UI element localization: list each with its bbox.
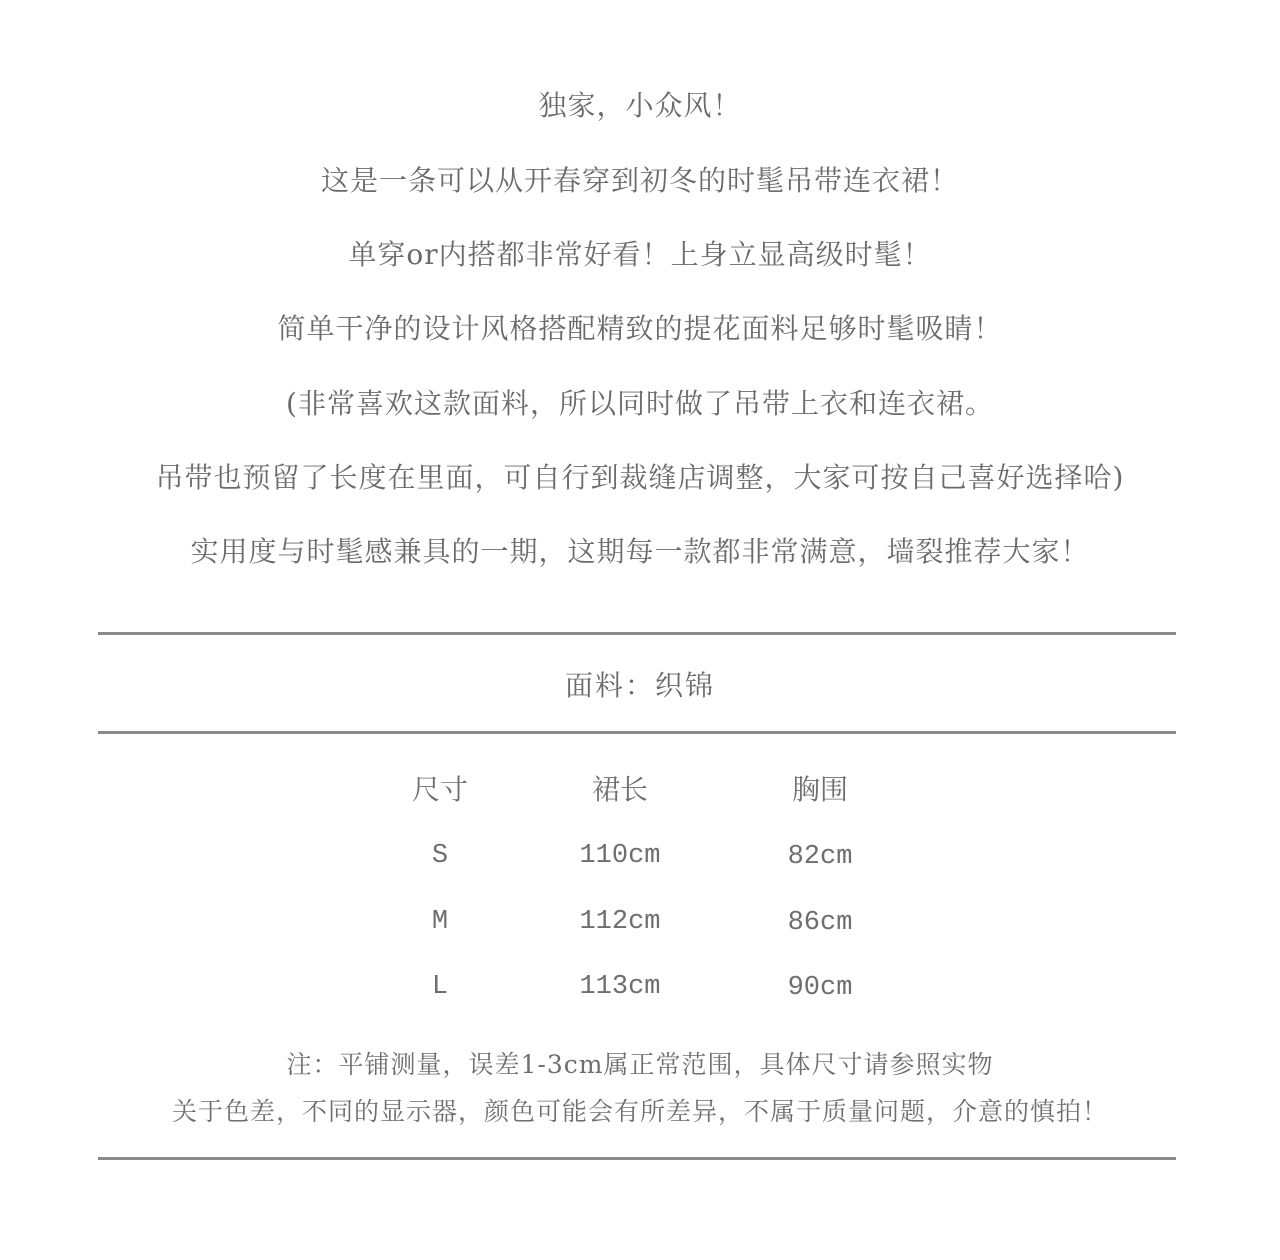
divider-bottom xyxy=(98,1157,1176,1160)
header-bust: 胸围 xyxy=(760,770,880,810)
measurement-note: 注：平铺测量，误差1-3cm属正常范围，具体尺寸请参照实物 xyxy=(0,1047,1280,1083)
intro-line-headline: 独家，小众风！ xyxy=(0,86,1280,126)
header-size: 尺寸 xyxy=(400,770,480,810)
intro-line: 简单干净的设计风格搭配精致的提花面料足够时髦吸睛！ xyxy=(0,309,1280,349)
cell-size: S xyxy=(400,836,480,876)
cell-bust: 90cm xyxy=(760,968,880,1008)
divider-middle xyxy=(98,731,1176,734)
cell-size: L xyxy=(400,967,480,1007)
divider-top xyxy=(98,632,1176,635)
intro-line: 吊带也预留了长度在里面，可自行到裁缝店调整，大家可按自己喜好选择哈) xyxy=(0,458,1280,498)
fabric-label: 面料：织锦 xyxy=(0,666,1280,706)
header-length: 裙长 xyxy=(560,770,680,810)
cell-bust: 82cm xyxy=(760,837,880,877)
cell-size: M xyxy=(400,902,480,942)
intro-line: 单穿or内搭都非常好看！上身立显高级时髦！ xyxy=(0,235,1280,275)
color-note: 关于色差，不同的显示器，颜色可能会有所差异，不属于质量问题，介意的慎拍！ xyxy=(0,1094,1280,1130)
cell-length: 110cm xyxy=(560,836,680,876)
intro-line: 这是一条可以从开春穿到初冬的时髦吊带连衣裙！ xyxy=(0,161,1280,201)
cell-length: 113cm xyxy=(560,967,680,1007)
cell-bust: 86cm xyxy=(760,903,880,943)
intro-line: (非常喜欢这款面料，所以同时做了吊带上衣和连衣裙。 xyxy=(0,384,1280,424)
cell-length: 112cm xyxy=(560,902,680,942)
intro-line: 实用度与时髦感兼具的一期，这期每一款都非常满意，墙裂推荐大家！ xyxy=(0,532,1280,572)
